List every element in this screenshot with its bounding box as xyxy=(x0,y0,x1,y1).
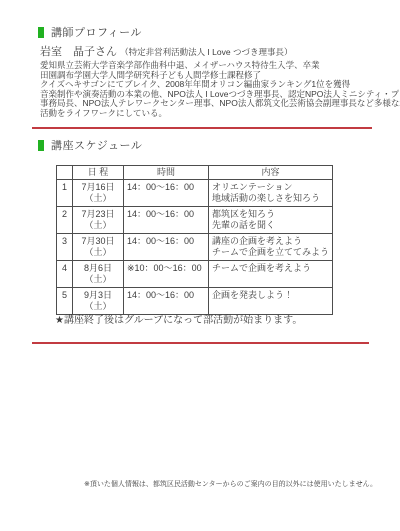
date-text: 8月6日 xyxy=(76,263,120,274)
content-line: オリエンテーション xyxy=(212,182,329,193)
row-content: 講座の企画を考えよう チームで企画を立ててみよう xyxy=(209,234,333,261)
green-square-marker-icon xyxy=(38,140,44,151)
row-number: 4 xyxy=(57,261,73,288)
day-text: （土） xyxy=(76,274,120,285)
row-time: 14：00～16：00 xyxy=(124,234,209,261)
row-time: 14：00～16：00 xyxy=(124,180,209,207)
schedule-section-heading: 講座スケジュール xyxy=(38,137,142,153)
row-date: 7月16日 （土） xyxy=(73,180,124,207)
date-text: 7月16日 xyxy=(76,182,120,193)
date-text: 9月3日 xyxy=(76,290,120,301)
profile-heading-label: 講師プロフィール xyxy=(51,24,142,40)
green-square-marker-icon xyxy=(38,27,44,38)
red-divider-bottom xyxy=(32,342,369,344)
instructor-title: （特定非営利活動法人 I Love つづき理事長） xyxy=(120,47,292,57)
table-row: 2 7月23日 （土） 14：00～16：00 都筑区を知ろう 先輩の話を聞く xyxy=(57,207,333,234)
document-page: 講師プロフィール 岩室 晶子さん （特定非営利活動法人 I Love つづき理事… xyxy=(0,0,400,531)
table-row: 4 8月6日 （土） ※10：00～16：00 チームで企画を考えよう xyxy=(57,261,333,288)
row-number: 1 xyxy=(57,180,73,207)
table-header-row: 日 程 時間 内容 xyxy=(57,166,333,180)
content-line: チームで企画を立ててみよう xyxy=(212,247,329,258)
content-line: チームで企画を考えよう xyxy=(212,263,329,274)
instructor-name: 岩室 晶子さん xyxy=(40,46,117,58)
row-time: 14：00～16：00 xyxy=(124,207,209,234)
day-text: （土） xyxy=(76,193,120,204)
table-row: 1 7月16日 （土） 14：00～16：00 オリエンテーション 地域活動の楽… xyxy=(57,180,333,207)
date-text: 7月23日 xyxy=(76,209,120,220)
row-date: 7月23日 （土） xyxy=(73,207,124,234)
row-content: 都筑区を知ろう 先輩の話を聞く xyxy=(209,207,333,234)
row-content: オリエンテーション 地域活動の楽しさを知ろう xyxy=(209,180,333,207)
header-date: 日 程 xyxy=(73,166,124,180)
content-line: 先輩の話を聞く xyxy=(212,220,329,231)
content-line: 地域活動の楽しさを知ろう xyxy=(212,193,329,204)
header-no xyxy=(57,166,73,180)
date-text: 7月30日 xyxy=(76,236,120,247)
content-line: 都筑区を知ろう xyxy=(212,209,329,220)
instructor-name-line: 岩室 晶子さん （特定非営利活動法人 I Love つづき理事長） xyxy=(40,43,292,59)
day-text: （土） xyxy=(76,247,120,258)
row-number: 3 xyxy=(57,234,73,261)
post-course-note: ★講座終了後はグループになって部活動が始まります。 xyxy=(55,311,302,326)
content-line: 企画を発表しよう！ xyxy=(212,290,329,301)
instructor-bio: 愛知県立芸術大学音楽学部作曲科中退、メイザーハウス特待生入学、卒業 田園調布学園… xyxy=(40,61,385,118)
table-row: 3 7月30日 （土） 14：00～16：00 講座の企画を考えよう チームで企… xyxy=(57,234,333,261)
bio-line: 活動をライフワークにしている。 xyxy=(40,109,385,119)
profile-section-heading: 講師プロフィール xyxy=(38,24,142,40)
content-line: 講座の企画を考えよう xyxy=(212,236,329,247)
schedule-heading-label: 講座スケジュール xyxy=(51,137,142,153)
red-divider-top xyxy=(32,127,372,129)
day-text: （土） xyxy=(76,220,120,231)
row-content: チームで企画を考えよう xyxy=(209,261,333,288)
header-time: 時間 xyxy=(124,166,209,180)
header-content: 内容 xyxy=(209,166,333,180)
row-date: 8月6日 （土） xyxy=(73,261,124,288)
row-date: 7月30日 （土） xyxy=(73,234,124,261)
row-number: 2 xyxy=(57,207,73,234)
privacy-disclaimer: ※頂いた個人情報は、都筑区民活動センターからのご案内の目的以外には使用いたしませ… xyxy=(84,479,377,489)
row-time: ※10：00～16：00 xyxy=(124,261,209,288)
schedule-table: 日 程 時間 内容 1 7月16日 （土） 14：00～16：00 オリエンテー… xyxy=(56,165,333,315)
